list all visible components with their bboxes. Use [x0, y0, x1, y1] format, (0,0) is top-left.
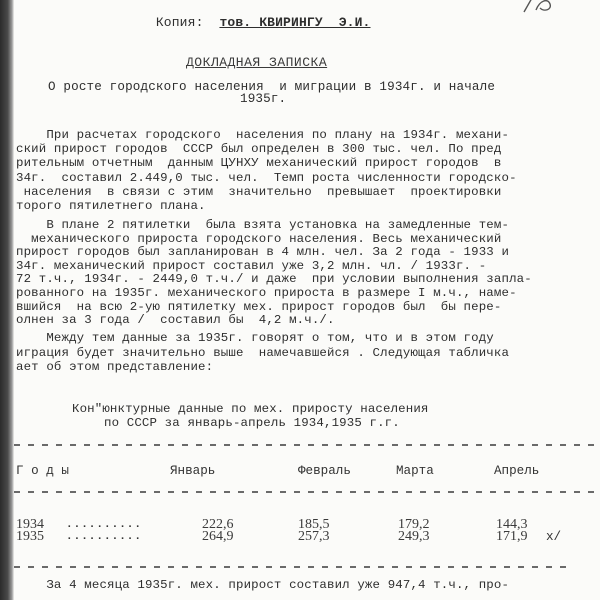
footnote-mark: х/ [546, 531, 561, 544]
table-header-rule [14, 491, 594, 493]
document-title: ДОКЛАДНАЯ ЗАПИСКА [186, 56, 327, 70]
row-year: 1935 [16, 531, 44, 543]
text-line: олнен за 3 года / составил бы 4,2 м.ч./. [16, 313, 335, 327]
text-line: прирост городов был запланирован в 4 млн… [16, 245, 509, 259]
table-caption-cont: по СССР за январь-апрель 1934,1935 г.г. [104, 416, 400, 430]
table-cell: 257,3 [298, 531, 330, 543]
table-top-rule [14, 444, 594, 446]
row-filler: .......... [66, 531, 142, 544]
copy-recipient: Копия: тов. КВИРИНГУ Э.И. [124, 2, 371, 44]
text-line: За 4 месяца 1935г. мех. прирост составил… [16, 578, 509, 592]
column-header: Г о д ы [16, 465, 69, 478]
text-line: рованного на 1935г. механического прирос… [16, 286, 517, 300]
text-line: механического прироста городского населе… [16, 232, 501, 246]
text-line: торого пятилетнего плана. [16, 199, 206, 213]
text-line: 72 т.ч., 1934г. - 2449,0 т.ч./ и даже пр… [16, 272, 532, 286]
text-line: 34г. составил 2.449,0 тыс. чел. Темп рос… [16, 171, 517, 185]
text-line: вшийся на всю 2-ую пятилетку мех. прирос… [16, 300, 501, 314]
text-line: ает об этом представление: [16, 360, 213, 374]
text-line: Между тем данные за 1935г. говорят о том… [16, 331, 494, 345]
text-line: 34г. механический прирост составил уже 3… [16, 259, 486, 273]
text-line: играция будет значительно выше намечавше… [16, 346, 509, 360]
column-header: Марта [396, 465, 434, 478]
table-bottom-rule [14, 566, 574, 568]
text-line: рительным отчетным данным ЦУНХУ механиче… [16, 156, 501, 170]
column-header: Февраль [298, 465, 351, 478]
table-cell: 264,9 [202, 531, 234, 543]
column-header: Апрель [494, 465, 539, 478]
document-page: Копия: тов. КВИРИНГУ Э.И. ДОКЛАДНАЯ ЗАПИ… [0, 0, 600, 600]
text-line: При расчетах городского населения по пла… [16, 128, 509, 142]
text-line: ский прирост городов СССР был определен … [16, 142, 501, 156]
copy-to: тов. КВИРИНГУ Э.И. [219, 15, 370, 30]
document-subtitle-cont: 1935г. [240, 92, 286, 106]
column-header: Январь [170, 465, 215, 478]
handwritten-page-number-icon [522, 0, 558, 14]
table-cell: 249,3 [398, 531, 430, 543]
table-caption: Кон"юнктурные данные по мех. приросту на… [72, 402, 429, 416]
copy-label: Копия: [156, 15, 204, 30]
text-line: В плане 2 пятилетки была взята установка… [16, 218, 509, 232]
table-cell: 171,9 [496, 531, 528, 543]
text-line: населения в связи с этим значительно пре… [16, 185, 501, 199]
